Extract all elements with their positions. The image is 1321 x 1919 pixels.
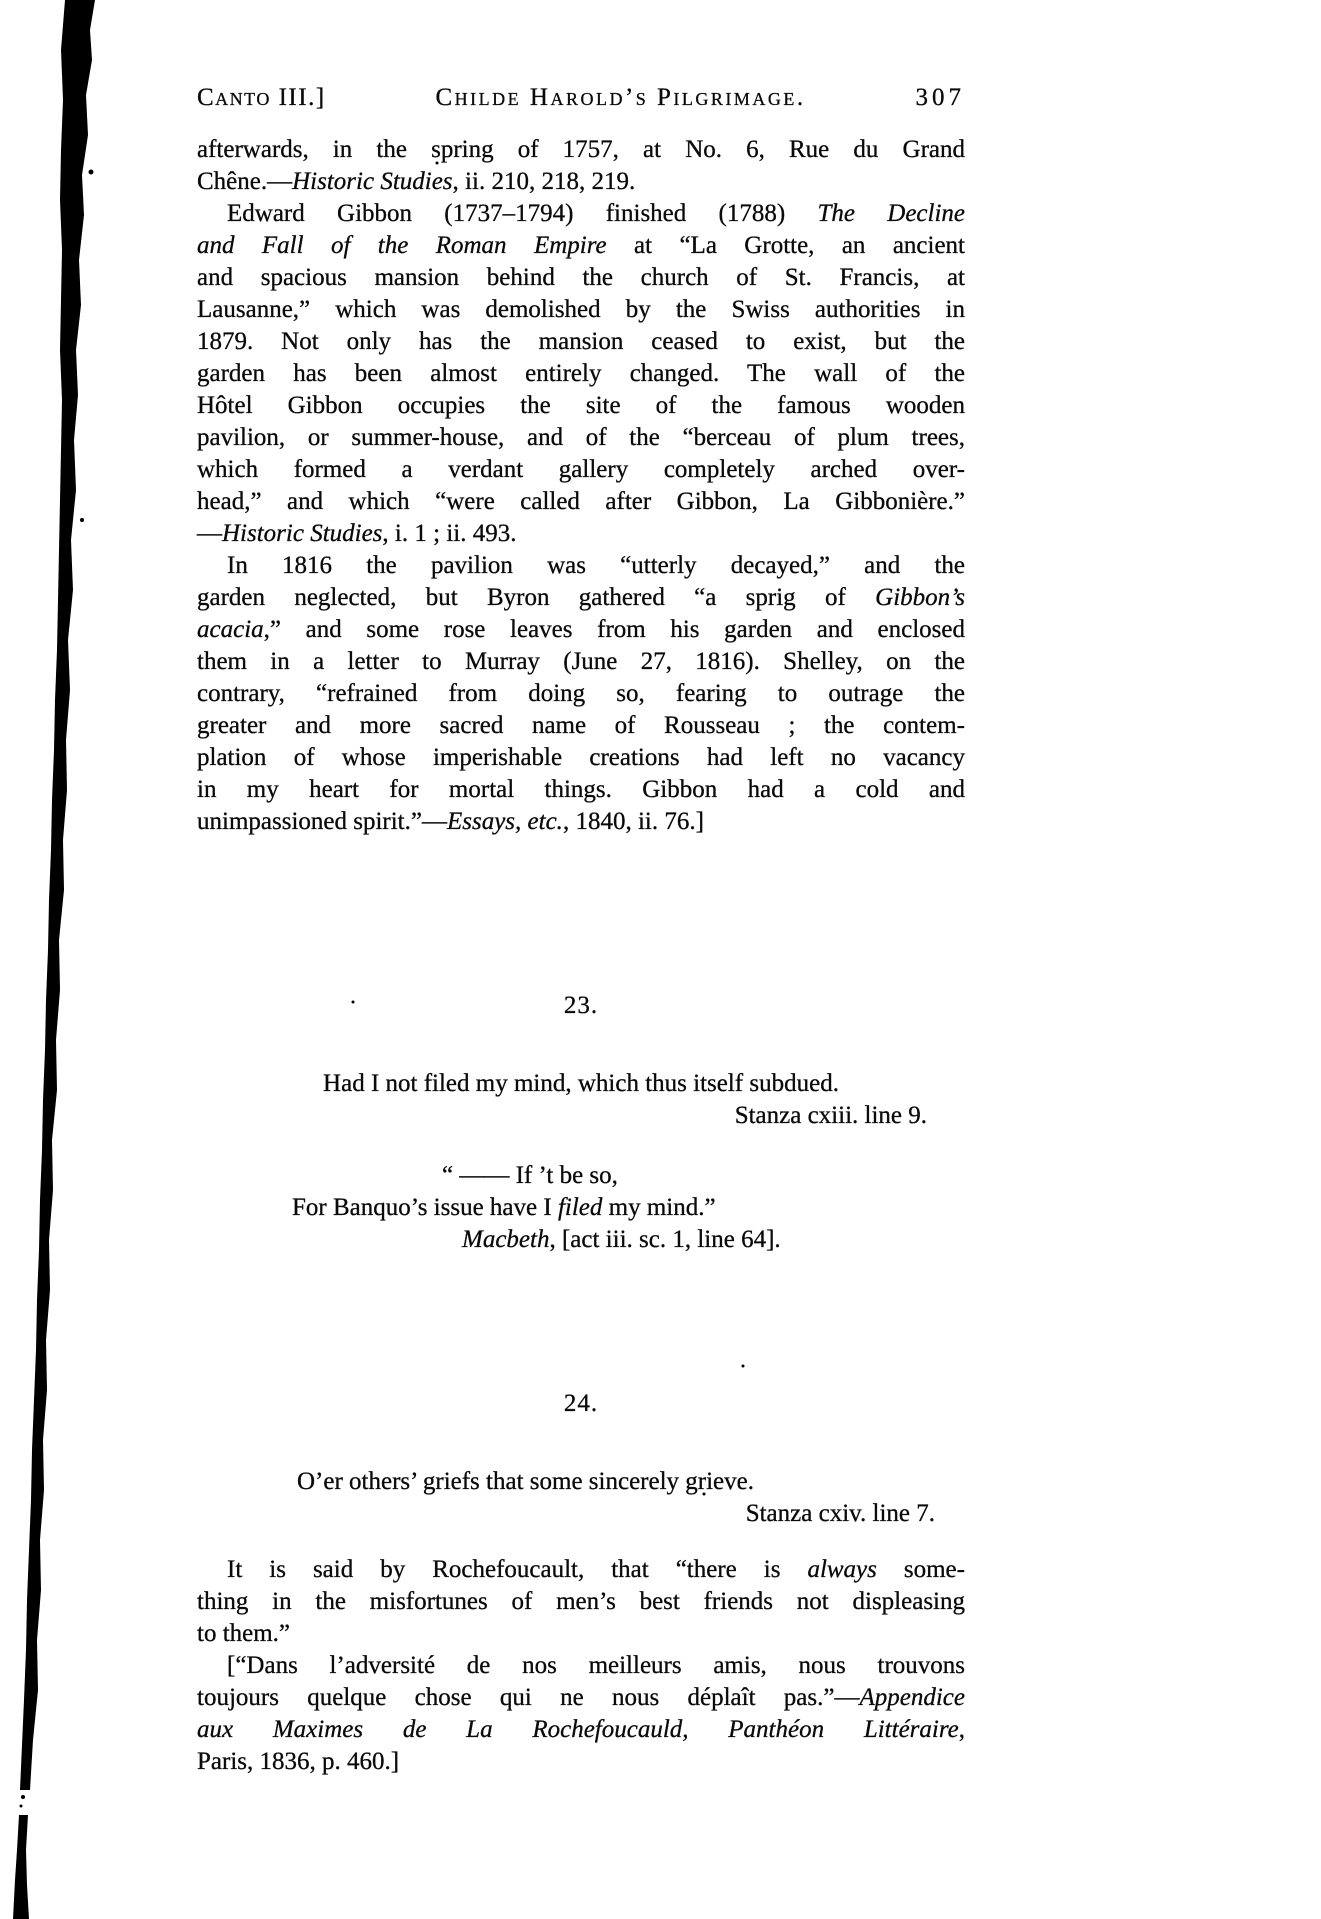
text-line: them in a letter to Murray (June 27, 181… — [197, 646, 965, 678]
text-block: Edward Gibbon (1737–1794) finished (1788… — [197, 198, 965, 550]
verse-line: “ —— If ’t be so, — [442, 1160, 965, 1192]
text-line: which formed a verdant gallery completel… — [197, 454, 965, 486]
verse-line: Had I not filed my mind, which thus itse… — [197, 1068, 965, 1100]
text-line: Edward Gibbon (1737–1794) finished (1788… — [197, 198, 965, 230]
text-block: O’er others’ griefs that some sincerely … — [197, 1466, 965, 1530]
section-number: 23. — [197, 990, 965, 1022]
book-page: Canto III.] Childe Harold’s Pilgrimage. … — [0, 0, 1321, 1919]
text-block: It is said by Rochefoucault, that “there… — [197, 1554, 965, 1650]
speck — [80, 518, 84, 522]
text-line: —Historic Studies, i. 1 ; ii. 493. — [197, 518, 965, 550]
text-block: afterwards, in the spring of 1757, at No… — [197, 134, 965, 198]
running-head: Canto III.] Childe Harold’s Pilgrimage. … — [197, 84, 965, 112]
verse-line: Macbeth, [act iii. sc. 1, line 64]. — [462, 1224, 965, 1256]
speck — [20, 1805, 23, 1808]
text-line: plation of whose imperishable creations … — [197, 742, 965, 774]
text-line: and spacious mansion behind the church o… — [197, 262, 965, 294]
text-line: unimpassioned spirit.”—Essays, etc., 184… — [197, 806, 965, 838]
text-block: Had I not filed my mind, which thus itse… — [197, 1068, 965, 1132]
text-line: afterwards, in the spring of 1757, at No… — [197, 134, 965, 166]
text-line: Paris, 1836, p. 460.] — [197, 1746, 965, 1778]
text-block: In 1816 the pavilion was “utterly decaye… — [197, 550, 965, 838]
text-line: It is said by Rochefoucault, that “there… — [197, 1554, 965, 1586]
speck — [89, 170, 94, 175]
text-line: In 1816 the pavilion was “utterly decaye… — [197, 550, 965, 582]
text-line: pavilion, or summer-house, and of the “b… — [197, 422, 965, 454]
text-block: [“Dans l’adversité de nos meilleurs amis… — [197, 1650, 965, 1778]
section-number: 24. — [197, 1388, 965, 1420]
canto-label: Canto III.] — [197, 84, 326, 112]
verse-line: For Banquo’s issue have I filed my mind.… — [292, 1192, 965, 1224]
text-line: to them.” — [197, 1618, 965, 1650]
text-line: thing in the misfortunes of men’s best f… — [197, 1586, 965, 1618]
text-line: Hôtel Gibbon occupies the site of the fa… — [197, 390, 965, 422]
text-line: aux Maximes de La Rochefoucauld, Panthéo… — [197, 1714, 965, 1746]
verse-line: Stanza cxiii. line 9. — [197, 1100, 927, 1132]
text-line: garden has been almost entirely changed.… — [197, 358, 965, 390]
text-block: “ —— If ’t be so,For Banquo’s issue have… — [197, 1160, 965, 1256]
speck — [21, 1795, 25, 1799]
text-line: acacia,” and some rose leaves from his g… — [197, 614, 965, 646]
text-line: 1879. Not only has the mansion ceased to… — [197, 326, 965, 358]
text-line: garden neglected, but Byron gathered “a … — [197, 582, 965, 614]
book-title: Childe Harold’s Pilgrimage. — [326, 84, 916, 112]
text-line: and Fall of the Roman Empire at “La Grot… — [197, 230, 965, 262]
text-line: [“Dans l’adversité de nos meilleurs amis… — [197, 1650, 965, 1682]
text-line: contrary, “refrained from doing so, fear… — [197, 678, 965, 710]
binding-mark-lower — [13, 1815, 29, 1919]
text-line: in my heart for mortal things. Gibbon ha… — [197, 774, 965, 806]
text-line: Chêne.—Historic Studies, ii. 210, 218, 2… — [197, 166, 965, 198]
verse-line: O’er others’ griefs that some sincerely … — [297, 1466, 965, 1498]
text-line: greater and more sacred name of Rousseau… — [197, 710, 965, 742]
text-line: toujours quelque chose qui ne nous dépla… — [197, 1682, 965, 1714]
text-line: Lausanne,” which was demolished by the S… — [197, 294, 965, 326]
page-body: afterwards, in the spring of 1757, at No… — [197, 134, 965, 1778]
verse-line: Stanza cxiv. line 7. — [197, 1498, 935, 1530]
page-number: 307 — [916, 84, 966, 112]
binding-mark — [20, 0, 95, 1790]
text-line: head,” and which “were called after Gibb… — [197, 486, 965, 518]
